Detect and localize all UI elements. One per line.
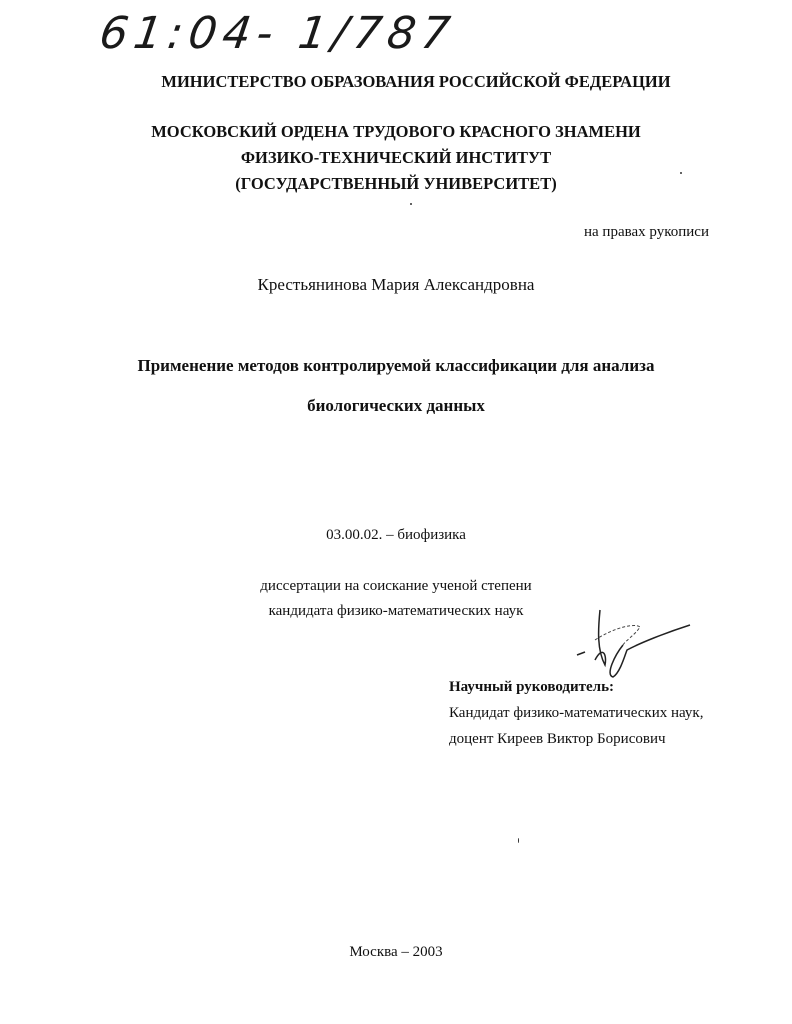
place-year: Москва – 2003 (0, 944, 792, 961)
dissertation-title-line-1: Применение методов контролируемой класси… (0, 356, 792, 376)
scan-speck (518, 838, 519, 843)
supervisor-line-2: доцент Киреев Виктор Борисович (449, 731, 666, 748)
institute-line-3: (ГОСУДАРСТВЕННЫЙ УНИВЕРСИТЕТ) (0, 174, 792, 194)
degree-line-1: диссертации на соискание ученой степени (0, 578, 792, 595)
institute-line-1: МОСКОВСКИЙ ОРДЕНА ТРУДОВОГО КРАСНОГО ЗНА… (0, 122, 792, 142)
supervisor-line-1: Кандидат физико-математических наук, (449, 705, 703, 722)
signature-icon (565, 605, 705, 685)
manuscript-note: на правах рукописи (584, 224, 709, 241)
institute-line-2: ФИЗИКО-ТЕХНИЧЕСКИЙ ИНСТИТУТ (0, 148, 792, 168)
author-name: Крестьянинова Мария Александровна (0, 275, 792, 295)
ministry-heading: МИНИСТЕРСТВО ОБРАЗОВАНИЯ РОССИЙСКОЙ ФЕДЕ… (0, 72, 792, 92)
supervisor-heading: Научный руководитель: (449, 679, 614, 696)
specialty-code: 03.00.02. – биофизика (0, 527, 792, 544)
dissertation-title-line-2: биологических данных (0, 396, 792, 416)
handwritten-archive-code: 61:04- 1/787 (96, 8, 459, 59)
scan-speck (680, 172, 682, 174)
scan-speck (410, 203, 412, 205)
